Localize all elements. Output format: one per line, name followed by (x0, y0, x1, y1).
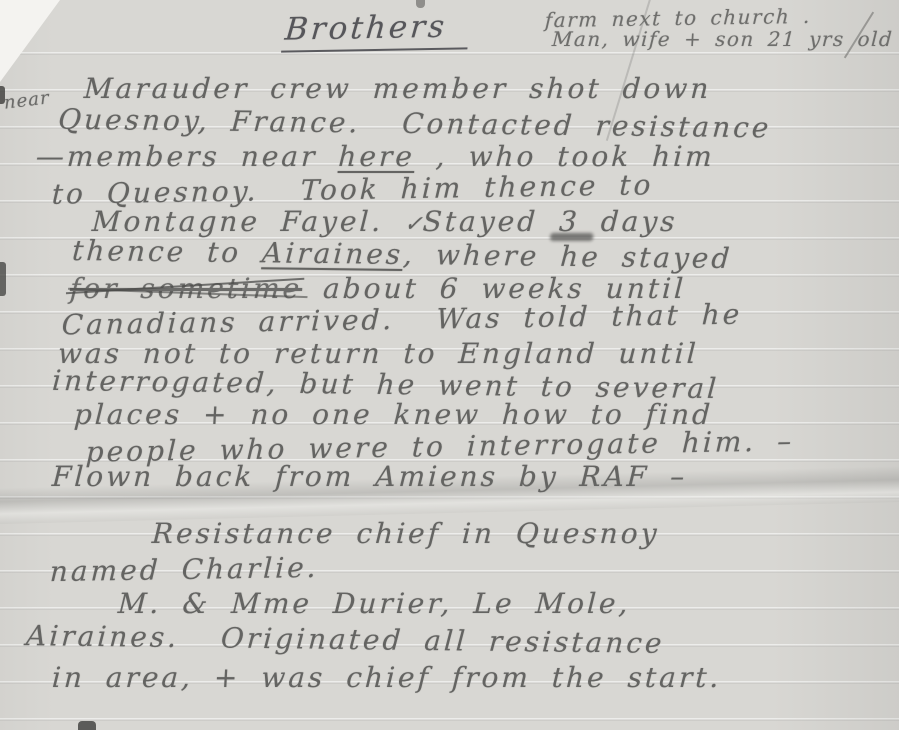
handwritten-line: places + no one knew how to find (73, 398, 714, 431)
handwritten-line: Marauder crew member shot down (83, 72, 712, 105)
page-corner-fold (0, 0, 60, 82)
handwritten-line: thence to Airaines, where he stayed (71, 234, 733, 275)
handwritten-line: Quesnoy, France. Contacted resistance (57, 103, 772, 145)
line-text: days (579, 205, 678, 238)
underlined-word-here: here (338, 140, 416, 173)
corner-note-line2: Man, wife + son 21 yrs old (551, 27, 894, 51)
handwritten-line: Montagne Fayel. ✓Stayed 3 days (91, 205, 678, 238)
scan-artifact (0, 262, 6, 296)
handwritten-line: M. & Mme Durier, Le Mole, (117, 587, 631, 620)
line-text: Montagne Fayel. (91, 205, 405, 238)
line-text: , where he stayed (402, 238, 733, 275)
handwritten-line: named Charlie. (49, 551, 319, 588)
notebook-page: Brothers farm next to church . Man, wife… (0, 0, 899, 730)
handwritten-line: in area, + was chief from the start. (51, 661, 722, 694)
insertion-check-mark: ✓ (404, 212, 424, 237)
line-text: , who took him (414, 140, 716, 173)
scan-artifact (78, 721, 96, 730)
handwritten-line: Flown back from Amiens by RAF – (51, 460, 688, 493)
number-3-smudged: 3 (558, 205, 581, 238)
line-text: Stayed (422, 205, 560, 238)
handwritten-line: Airaines. Originated all resistance (25, 619, 665, 660)
page-title: Brothers (281, 8, 471, 52)
line-text: —members near (35, 140, 339, 173)
crossed-out-text: for sometime (69, 272, 303, 305)
margin-insert-word: near (3, 87, 50, 113)
underlined-word-airaines: Airaines (261, 236, 404, 271)
handwritten-line: Resistance chief in Quesnoy (151, 517, 660, 550)
scan-artifact (416, 0, 425, 8)
line-text: thence to (71, 234, 263, 269)
